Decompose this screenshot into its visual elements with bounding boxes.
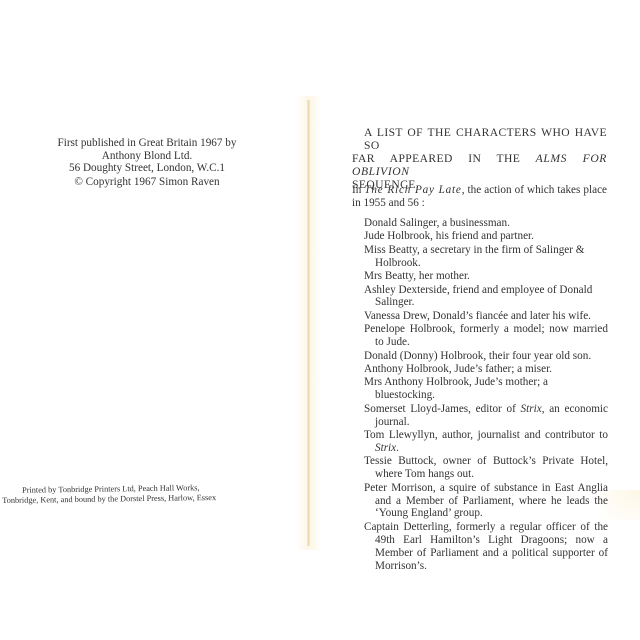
character-entry: Penelope Holbrook, formerly a model; now… (364, 323, 608, 349)
character-entry: Mrs Anthony Holbrook, Jude’s mother; a b… (364, 376, 608, 402)
character-text: Tom Llewyllyn, author, journalist and co… (364, 429, 608, 441)
character-entry: Miss Beatty, a secretary in the firm of … (364, 244, 608, 270)
character-list-heading: A LIST OF THE CHARACTERS WHO HAVE SO FAR… (352, 126, 607, 191)
character-entry: Somerset Lloyd-James, editor of Strix, a… (364, 403, 608, 429)
heading-line-2-prefix: FAR APPEARED IN THE (352, 152, 520, 165)
character-entry: Tom Llewyllyn, author, journalist and co… (364, 429, 608, 455)
character-entry: Mrs Beatty, her mother. (364, 270, 608, 283)
character-entry: Peter Morrison, a squire of substance in… (364, 482, 608, 521)
publication-imprint: First published in Great Britain 1967 by… (20, 137, 274, 188)
book-title: The Rich Pay Late (364, 184, 461, 196)
character-entry: Vanessa Drew, Donald’s fiancée and later… (364, 310, 608, 323)
heading-line-1: A LIST OF THE CHARACTERS WHO HAVE SO (352, 126, 607, 152)
character-entry: Captain Detterling, formerly a regular o… (364, 521, 608, 573)
intro-prefix: In (352, 184, 361, 196)
character-entry: Donald (Donny) Holbrook, their four year… (364, 350, 608, 363)
journal-title: Strix (375, 442, 396, 454)
journal-title: Strix (521, 403, 542, 415)
character-list: Donald Salinger, a businessman. Jude Hol… (364, 217, 608, 573)
imprint-line-publisher-intro: First published in Great Britain 1967 by (20, 137, 274, 150)
character-entry: Jude Holbrook, his friend and partner. (364, 230, 608, 243)
character-entry: Ashley Dexterside, friend and employee o… (364, 284, 608, 310)
left-page: First published in Great Britain 1967 by… (0, 0, 308, 640)
character-text: Somerset Lloyd-James, editor of (364, 403, 521, 415)
copyright-notice: © Copyright 1967 Simon Raven (20, 176, 274, 189)
character-entry: Donald Salinger, a businessman. (364, 217, 608, 230)
imprint-line-publisher-name: Anthony Blond Ltd. (20, 150, 274, 163)
character-entry: Tessie Buttock, owner of Buttock’s Priva… (364, 455, 608, 481)
printer-credit: Printed by Tonbridge Printers Ltd, Peach… (2, 482, 272, 506)
book-gutter (307, 100, 310, 546)
imprint-line-address: 56 Doughty Street, London, W.C.1 (20, 162, 274, 175)
character-entry: Anthony Holbrook, Jude’s father; a miser… (364, 363, 608, 376)
heading-line-2: FAR APPEARED IN THE ALMS FOR OBLIVION (352, 152, 607, 178)
book-intro: In The Rich Pay Late, the action of whic… (352, 184, 607, 210)
character-text: . (396, 442, 399, 454)
